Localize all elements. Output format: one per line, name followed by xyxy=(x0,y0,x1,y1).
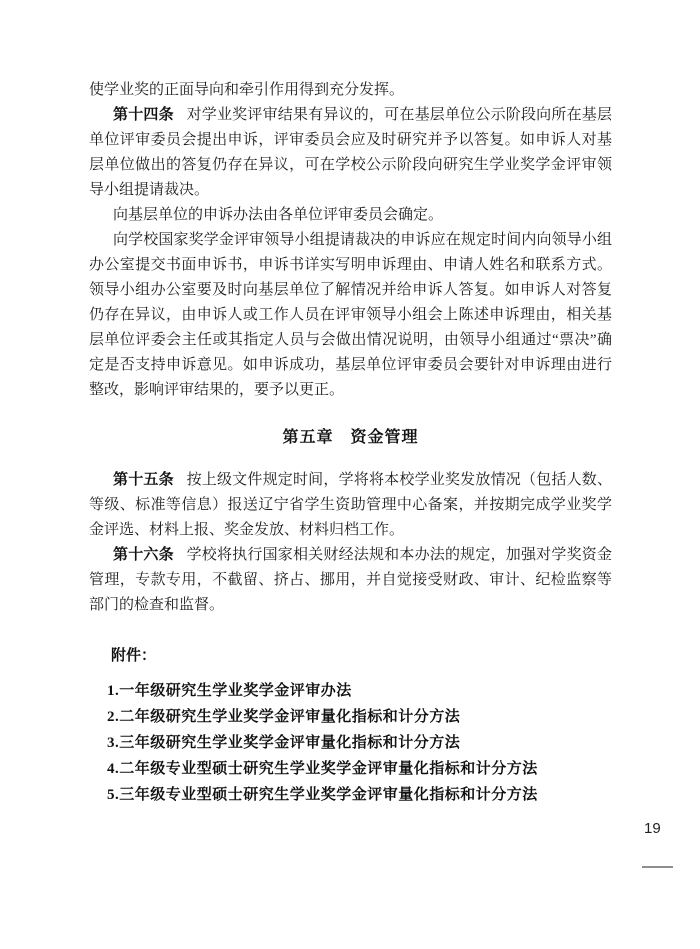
attachment-item-4: 4.二年级专业型硕士研究生学业奖学金评审量化指标和计分方法 xyxy=(89,756,612,782)
paragraph-continuation: 使学业奖的正面导向和牵引作用得到充分发挥。 xyxy=(89,78,612,103)
attachment-item-5: 5.三年级专业型硕士研究生学业奖学金评审量化指标和计分方法 xyxy=(89,782,612,808)
article-15-label: 第十五条 xyxy=(113,472,174,488)
paragraph-article-16: 第十六条学校将执行国家相关财经法规和本办法的规定，加强对学奖资金管理，专款专用，… xyxy=(89,543,612,618)
document-page: 使学业奖的正面导向和牵引作用得到充分发挥。 第十四条对学业奖评审结果有异议的，可… xyxy=(0,0,700,949)
attachments-heading: 附件： xyxy=(89,644,612,669)
attachment-item-1: 1.一年级研究生学业奖学金评审办法 xyxy=(89,678,612,704)
paragraph-appeal-method: 向基层单位的申诉办法由各单位评审委员会确定。 xyxy=(89,203,612,228)
document-content: 使学业奖的正面导向和牵引作用得到充分发挥。 第十四条对学业奖评审结果有异议的，可… xyxy=(89,78,612,808)
attachments-list: 1.一年级研究生学业奖学金评审办法 2.二年级研究生学业奖学金评审量化指标和计分… xyxy=(89,678,612,808)
paragraph-article-14: 第十四条对学业奖评审结果有异议的，可在基层单位公示阶段向所在基层单位评审委员会提… xyxy=(89,103,612,203)
attachment-item-2: 2.二年级研究生学业奖学金评审量化指标和计分方法 xyxy=(89,704,612,730)
chapter-5-heading: 第五章 资金管理 xyxy=(89,425,612,450)
paragraph-appeal-procedure: 向学校国家奖学金评审领导小组提请裁决的申诉应在规定时间内向领导小组办公室提交书面… xyxy=(89,228,612,403)
article-16-label: 第十六条 xyxy=(113,547,174,563)
attachments-section: 附件： 1.一年级研究生学业奖学金评审办法 2.二年级研究生学业奖学金评审量化指… xyxy=(89,644,612,808)
footer-rule xyxy=(642,866,673,868)
attachment-item-3: 3.三年级研究生学业奖学金评审量化指标和计分方法 xyxy=(89,730,612,756)
page-number: 19 xyxy=(644,820,661,837)
article-14-label: 第十四条 xyxy=(113,107,174,123)
paragraph-article-15: 第十五条按上级文件规定时间，学将将本校学业奖发放情况（包括人数、等级、标准等信息… xyxy=(89,468,612,543)
